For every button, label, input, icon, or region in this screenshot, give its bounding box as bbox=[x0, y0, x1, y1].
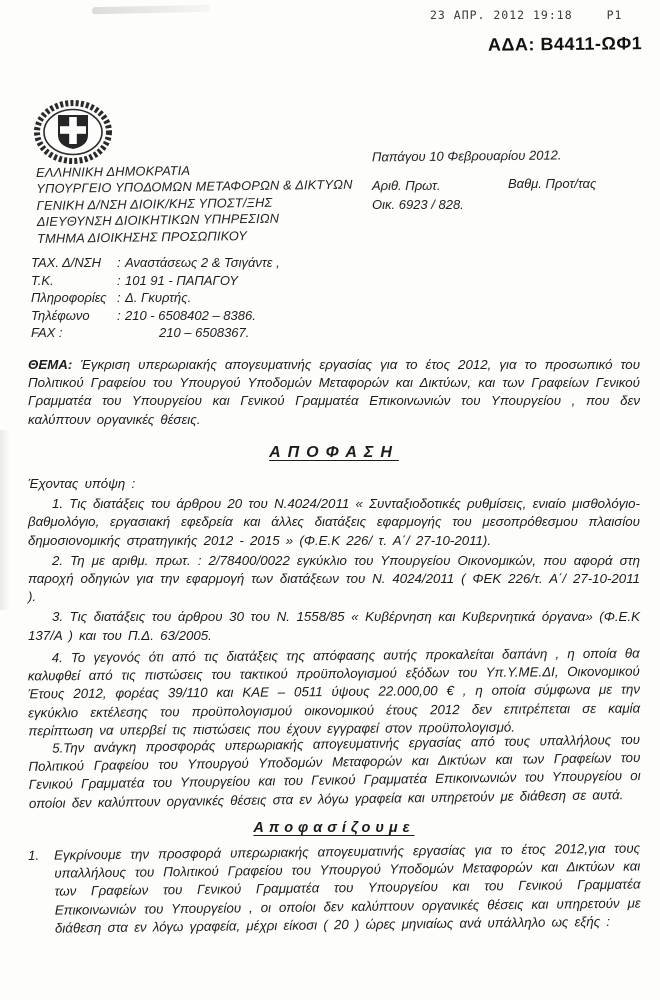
decision-heading: ΑΠΟΦΑΣΗ bbox=[28, 444, 640, 462]
contact-separator: : bbox=[117, 289, 125, 307]
protocol-number: Οικ. 6923 / 828. bbox=[372, 197, 642, 212]
reference-block: Παπάγου 10 Φεβρουαρίου 2012. Αριθ. Πρωτ.… bbox=[372, 148, 642, 212]
contact-label: Πληροφορίες bbox=[31, 289, 117, 307]
consideration-paragraph-3: 3. Τις διατάξεις του άρθρου 30 του Ν. 15… bbox=[28, 608, 640, 644]
letterhead: ΕΛΛΗΝΙΚΗ ΔΗΜΟΚΡΑΤΙΑ ΥΠΟΥΡΓΕΙΟ ΥΠΟΔΟΜΩΝ Μ… bbox=[36, 160, 387, 247]
consideration-paragraph-4: 4. Το γεγονός ότι από τις διατάξεις της … bbox=[28, 644, 641, 740]
greek-coat-of-arms-icon bbox=[33, 100, 113, 164]
protocol-label: Αριθ. Πρωτ. bbox=[372, 178, 440, 193]
resolution-text: Εγκρίνουμε την προσφορά υπερωριακής απογ… bbox=[54, 839, 641, 937]
subject-label: ΘΕΜΑ: bbox=[28, 357, 72, 372]
ada-number: ΑΔΑ: Β4411-ΩΦ1 bbox=[488, 33, 642, 56]
contact-label: FAX : bbox=[31, 324, 117, 342]
contact-label: ΤΑΧ. Δ/ΝΣΗ bbox=[31, 254, 117, 272]
contact-value: 101 91 - ΠΑΠΑΓΟΥ bbox=[125, 272, 238, 290]
contact-value: 210 – 6508367. bbox=[125, 324, 249, 342]
contact-separator: : bbox=[117, 254, 125, 272]
contact-value: Δ. Γκυρτής. bbox=[125, 289, 191, 307]
fax-header: 23 ΑΠΡ. 2012 19:18 P1 bbox=[430, 8, 622, 22]
contact-label: Τ.Κ. bbox=[31, 272, 117, 290]
contact-row-telephone: Τηλέφωνο : 210 - 6508402 – 8386. bbox=[31, 307, 361, 325]
place-and-date: Παπάγου 10 Φεβρουαρίου 2012. bbox=[372, 147, 642, 165]
priority-label: Βαθμ. Προτ/τας bbox=[508, 176, 596, 191]
contact-separator: : bbox=[117, 307, 125, 325]
consideration-paragraph-5: 5.Την ανάγκη προσφοράς υπερωριακής απογε… bbox=[28, 731, 641, 813]
contact-separator bbox=[117, 324, 125, 342]
subject-text: Έγκριση υπερωριακής απογευματινής εργασί… bbox=[28, 357, 640, 427]
preamble-intro: Έχοντας υπόψη : bbox=[28, 475, 640, 493]
scan-artifact bbox=[0, 430, 10, 610]
contact-info-block: ΤΑΧ. Δ/ΝΣΗ : Αναστάσεως 2 & Τσιγάντε , Τ… bbox=[31, 254, 361, 342]
contact-row-postal-code: Τ.Κ. : 101 91 - ΠΑΠΑΓΟΥ bbox=[31, 272, 361, 290]
resolution-item-1: 1. Εγκρίνουμε την προσφορά υπερωριακής α… bbox=[28, 839, 641, 937]
consideration-paragraph-1: 1. Τις διατάξεις του άρθρου 20 του Ν.402… bbox=[28, 495, 640, 550]
contact-value: Αναστάσεως 2 & Τσιγάντε , bbox=[125, 254, 280, 272]
contact-value: 210 - 6508402 – 8386. bbox=[125, 307, 256, 325]
resolve-heading: Αποφασίζουμε bbox=[28, 819, 640, 837]
contact-label: Τηλέφωνο bbox=[31, 307, 117, 325]
document-body: ΘΕΜΑ: Έγκριση υπερωριακής απογευματινής … bbox=[28, 356, 640, 938]
scanned-document-page: 23 ΑΠΡ. 2012 19:18 P1 ΑΔΑ: Β4411-ΩΦ1 ΕΛΛ… bbox=[0, 0, 660, 1000]
contact-row-fax: FAX : 210 – 6508367. bbox=[31, 324, 361, 342]
contact-row-information: Πληροφορίες : Δ. Γκυρτής. bbox=[31, 289, 361, 307]
contact-row-address: ΤΑΧ. Δ/ΝΣΗ : Αναστάσεως 2 & Τσιγάντε , bbox=[31, 254, 361, 272]
fax-datetime: 23 ΑΠΡ. 2012 19:18 bbox=[430, 8, 573, 22]
resolution-number: 1. bbox=[28, 847, 55, 938]
contact-separator: : bbox=[117, 272, 125, 290]
consideration-paragraph-2: 2. Τη με αριθμ. πρωτ. : 2/78400/0022 εγκ… bbox=[28, 552, 640, 607]
fax-page-marker: P1 bbox=[607, 8, 623, 22]
scan-artifact bbox=[92, 5, 210, 14]
subject-paragraph: ΘΕΜΑ: Έγκριση υπερωριακής απογευματινής … bbox=[28, 356, 640, 429]
